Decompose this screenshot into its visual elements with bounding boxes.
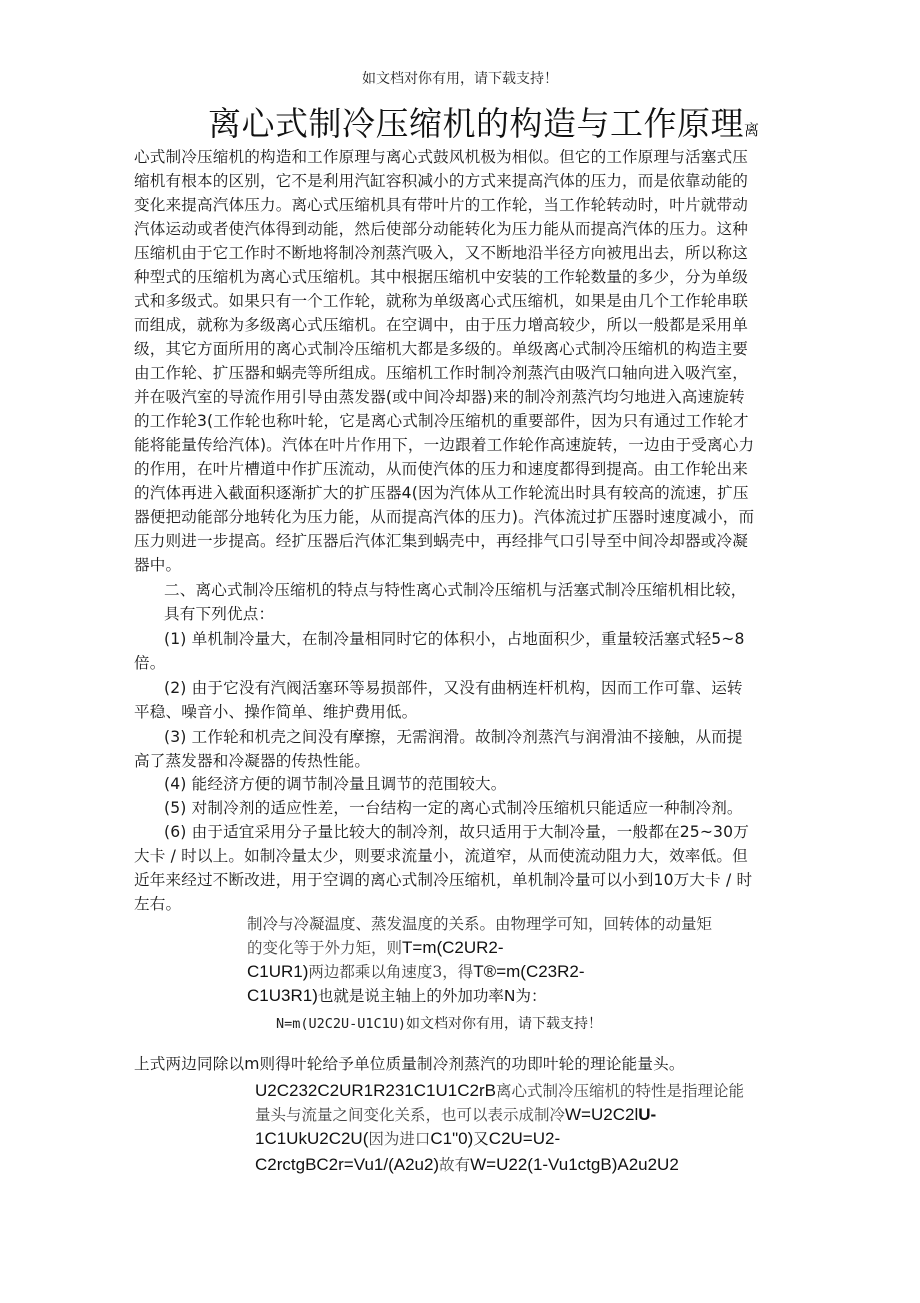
text-line: 心式制冷压缩机的构造和工作原理与离心式鼓风机极为相似。但它的工作原理与活塞式压 <box>134 147 748 167</box>
text-line: 压缩机由于它工作时不断地将制冷剂蒸汽吸入，又不断地沿半径方向被甩出去，所以称这 <box>134 243 748 263</box>
formula-segment: 1C1UkU2C2U( <box>255 1129 368 1148</box>
text-line: 二、离心式制冷压缩机的特点与特性离心式制冷压缩机与活塞式制冷压缩机相比较， <box>164 580 747 600</box>
text-line: 器便把动能部分地转化为压力能，从而提高汽体的压力)。汽体流过扩压器时速度减小，而 <box>134 507 754 527</box>
text-line: 压力则进一步提高。经扩压器后汽体汇集到蜗壳中，再经排气口引导至中间冷却器或冷凝 <box>134 531 748 551</box>
text-line: 器中。 <box>134 555 181 575</box>
text-line: 的变化等于外力矩，则T=m(C2UR2- <box>247 938 504 958</box>
text-line: 缩机有根本的区别，它不是利用汽缸容积减小的方式来提高汽体的压力，而是依靠动能的 <box>134 171 748 191</box>
text-segment: 又 <box>473 1130 489 1148</box>
text-line: 1C1UkU2C2U(因为进口C1"0)又C2U=U2- <box>255 1129 560 1149</box>
formula-segment: T=m(C2UR2- <box>402 938 504 957</box>
text-line: 的作用，在叶片槽道中作扩压流动，从而使汽体的压力和速度都得到提高。由工作轮出来 <box>134 459 748 479</box>
text-line: 的汽体再进入截面积逐渐扩大的扩压器4(因为汽体从工作轮流出时具有较高的流速，扩压 <box>134 483 749 503</box>
text-line: 量头与流量之间变化关系，也可以表示成制冷W=U2C2lU- <box>255 1105 656 1125</box>
text-line: 的工作轮3(工作轮也称叶轮，它是离心式制冷压缩机的重要部件，因为只有通过工作轮才 <box>134 411 749 431</box>
text-line: 级，其它方面所用的离心式制冷压缩机大都是多级的。单级离心式制冷压缩机的构造主要 <box>134 339 748 359</box>
text-line: C1U3R1)也就是说主轴上的外加功率N为： <box>247 986 546 1006</box>
text-line: 式和多级式。如果只有一个工作轮，就称为单级离心式压缩机，如果是由几个工作轮串联 <box>134 291 748 311</box>
text-segment: 的变化等于外力矩，则 <box>247 939 402 957</box>
formula-segment: C2rctgBC2r=Vu1/(A2u2) <box>255 1155 439 1174</box>
formula-segment: C2U=U2- <box>489 1129 560 1148</box>
title-tail: 离 <box>744 121 759 139</box>
text-line: C2rctgBC2r=Vu1/(A2u2)故有W=U22(1-Vu1ctgB)A… <box>255 1155 679 1175</box>
text-line: 并在吸汽室的导流作用引导由蒸发器(或中间冷却器)来的制冷剂蒸汽均匀地进入高速旋转 <box>134 387 745 407</box>
text-line: 上式两边同除以m则得叶轮给予单位质量制冷剂蒸汽的功即叶轮的理论能量头。 <box>134 1054 685 1074</box>
formula-segment: C1U3R1) <box>247 986 318 1005</box>
page-title: 离心式制冷压缩机的构造与工作原理离 <box>208 104 759 150</box>
text-line: 具有下列优点： <box>164 604 274 624</box>
text-line: 大卡 / 时以上。如制冷量太少，则要求流量小，流道窄，从而使流动阻力大，效率低。… <box>134 846 748 866</box>
formula-segment: N=m(U2C2U-U1C1U) <box>276 1016 406 1032</box>
text-line: 制冷与冷凝温度、蒸发温度的关系。由物理学可知，回转体的动量矩 <box>247 914 712 934</box>
list-item-3: (3) 工作轮和机壳之间没有摩擦，无需润滑。故制冷剂蒸汽与润滑油不接触，从而提 <box>164 727 743 747</box>
download-banner-inline: 如文档对你有用，请下载支持！ <box>406 1016 602 1032</box>
text-line: 能将能量传给汽体)。汽体在叶片作用下，一边跟着工作轮作高速旋转，一边由于受离心力 <box>134 435 754 455</box>
list-item-6: (6) 由于适宜采用分子量比较大的制冷剂，故只适用于大制冷量，一般都在25~30… <box>164 822 749 842</box>
text-line: 种型式的压缩机为离心式压缩机。其中根据压缩机中安装的工作轮数量的多少，分为单级 <box>134 267 748 287</box>
text-line: 变化来提高汽体压力。离心式压缩机具有带叶片的工作轮，当工作轮转动时，叶片就带动 <box>134 195 748 215</box>
text-line: U2C232C2UR1R231C1U1C2rB离心式制冷压缩机的特性是指理论能 <box>255 1081 744 1101</box>
formula-segment: C1"0) <box>430 1129 473 1148</box>
document-page: 如文档对你有用，请下载支持！ 离心式制冷压缩机的构造与工作原理离 心式制冷压缩机… <box>0 0 920 1303</box>
text-line: 汽体运动或者使汽体得到动能，然后使部分动能转化为压力能从而提高汽体的压力。这种 <box>134 219 748 239</box>
list-item-1: (1) 单机制冷量大，在制冷量相同时它的体积小，占地面积少，重量较活塞式轻5~8 <box>164 629 745 649</box>
formula-segment: W=U22(1-Vu1ctgB)A2u2U2 <box>470 1155 679 1174</box>
text-line: 左右。 <box>134 894 181 914</box>
formula-segment-bold: U- <box>638 1105 656 1124</box>
text-line: 由工作轮、扩压器和蜗壳等所组成。压缩机工作时制冷剂蒸汽由吸汽口轴向进入吸汽室， <box>134 363 748 383</box>
formula-segment: C1UR1) <box>247 962 308 981</box>
text-segment: 也就是说主轴上的外加功率N为： <box>318 987 547 1005</box>
text-line: 近年来经过不断改进，用于空调的离心式制冷压缩机，单机制冷量可以小到10万大卡 /… <box>134 870 752 890</box>
text-line: 而组成，就称为多级离心式压缩机。在空调中，由于压力增高较少，所以一般都是采用单 <box>134 315 748 335</box>
download-banner: 如文档对你有用，请下载支持！ <box>0 68 920 88</box>
list-item-4: (4) 能经济方便的调节制冷量且调节的范围较大。 <box>164 774 507 794</box>
title-main: 离心式制冷压缩机的构造与工作原理 <box>208 104 744 143</box>
list-item-5: (5) 对制冷剂的适应性差，一台结构一定的离心式制冷压缩机只能适应一种制冷剂。 <box>164 798 743 818</box>
formula-segment: W=U2C2l <box>565 1105 638 1124</box>
text-line: 平稳、噪音小、操作简单、维护费用低。 <box>134 702 417 722</box>
text-segment: 故有 <box>439 1156 470 1174</box>
formula-segment: T®=m(C23R2- <box>473 962 584 981</box>
text-line: 高了蒸发器和冷凝器的传热性能。 <box>134 751 370 771</box>
text-line: 倍。 <box>134 653 166 673</box>
text-segment: 离心式制冷压缩机的特性是指理论能 <box>496 1082 744 1100</box>
text-segment: 量头与流量之间变化关系，也可以表示成制冷 <box>255 1106 565 1124</box>
formula-segment: U2C232C2UR1R231C1U1C2rB <box>255 1081 496 1100</box>
text-segment: 两边都乘以角速度3，得 <box>308 963 473 981</box>
list-item-2: (2) 由于它没有汽阀活塞环等易损部件，又没有曲柄连杆机构，因而工作可靠、运转 <box>164 678 743 698</box>
text-line: C1UR1)两边都乘以角速度3，得T®=m(C23R2- <box>247 962 585 982</box>
text-segment: 因为进口 <box>368 1130 430 1148</box>
text-line: N=m(U2C2U-U1C1U)如文档对你有用，请下载支持！ <box>276 1013 602 1034</box>
